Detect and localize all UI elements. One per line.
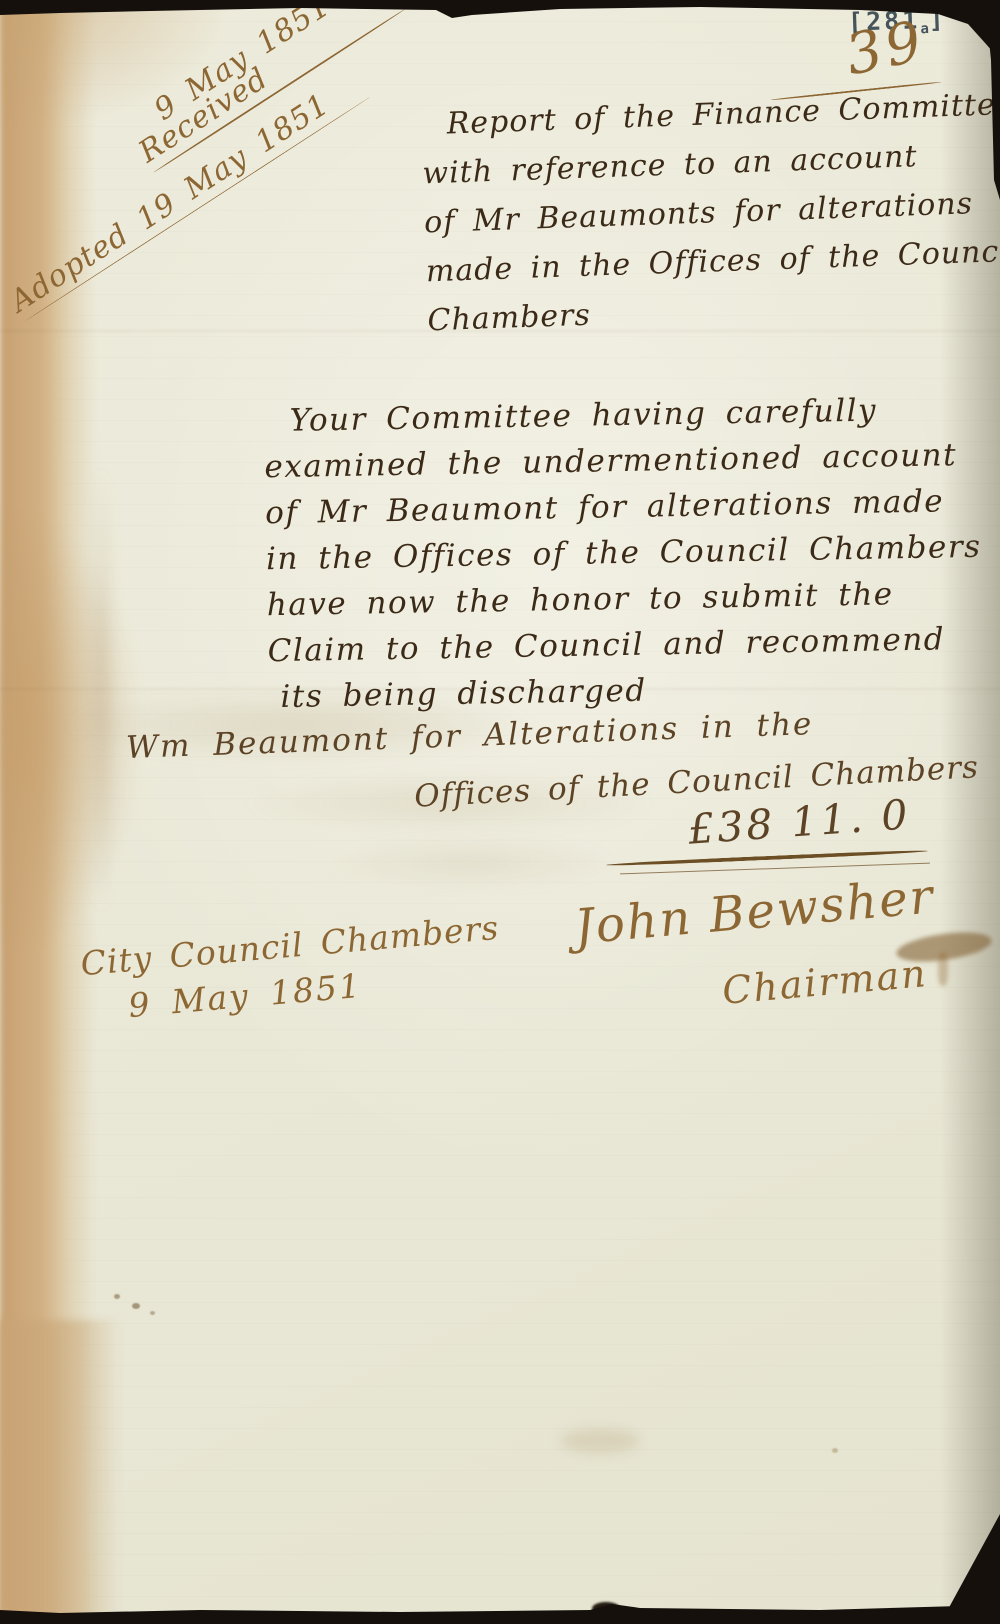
faint-stain <box>560 1428 640 1454</box>
ink-speck <box>150 1311 155 1315</box>
report-heading: Report of the Finance Committee with ref… <box>420 80 1000 346</box>
signature-ink-drip <box>938 952 948 986</box>
ink-speck <box>114 1294 120 1299</box>
ink-speck <box>132 1303 140 1309</box>
body-paragraph: Your Committee having carefully examined… <box>263 386 984 720</box>
ink-speck <box>832 1448 838 1453</box>
document-scan: [281a] 39 9 May 1851 Received Adopted 19… <box>0 0 1000 1624</box>
